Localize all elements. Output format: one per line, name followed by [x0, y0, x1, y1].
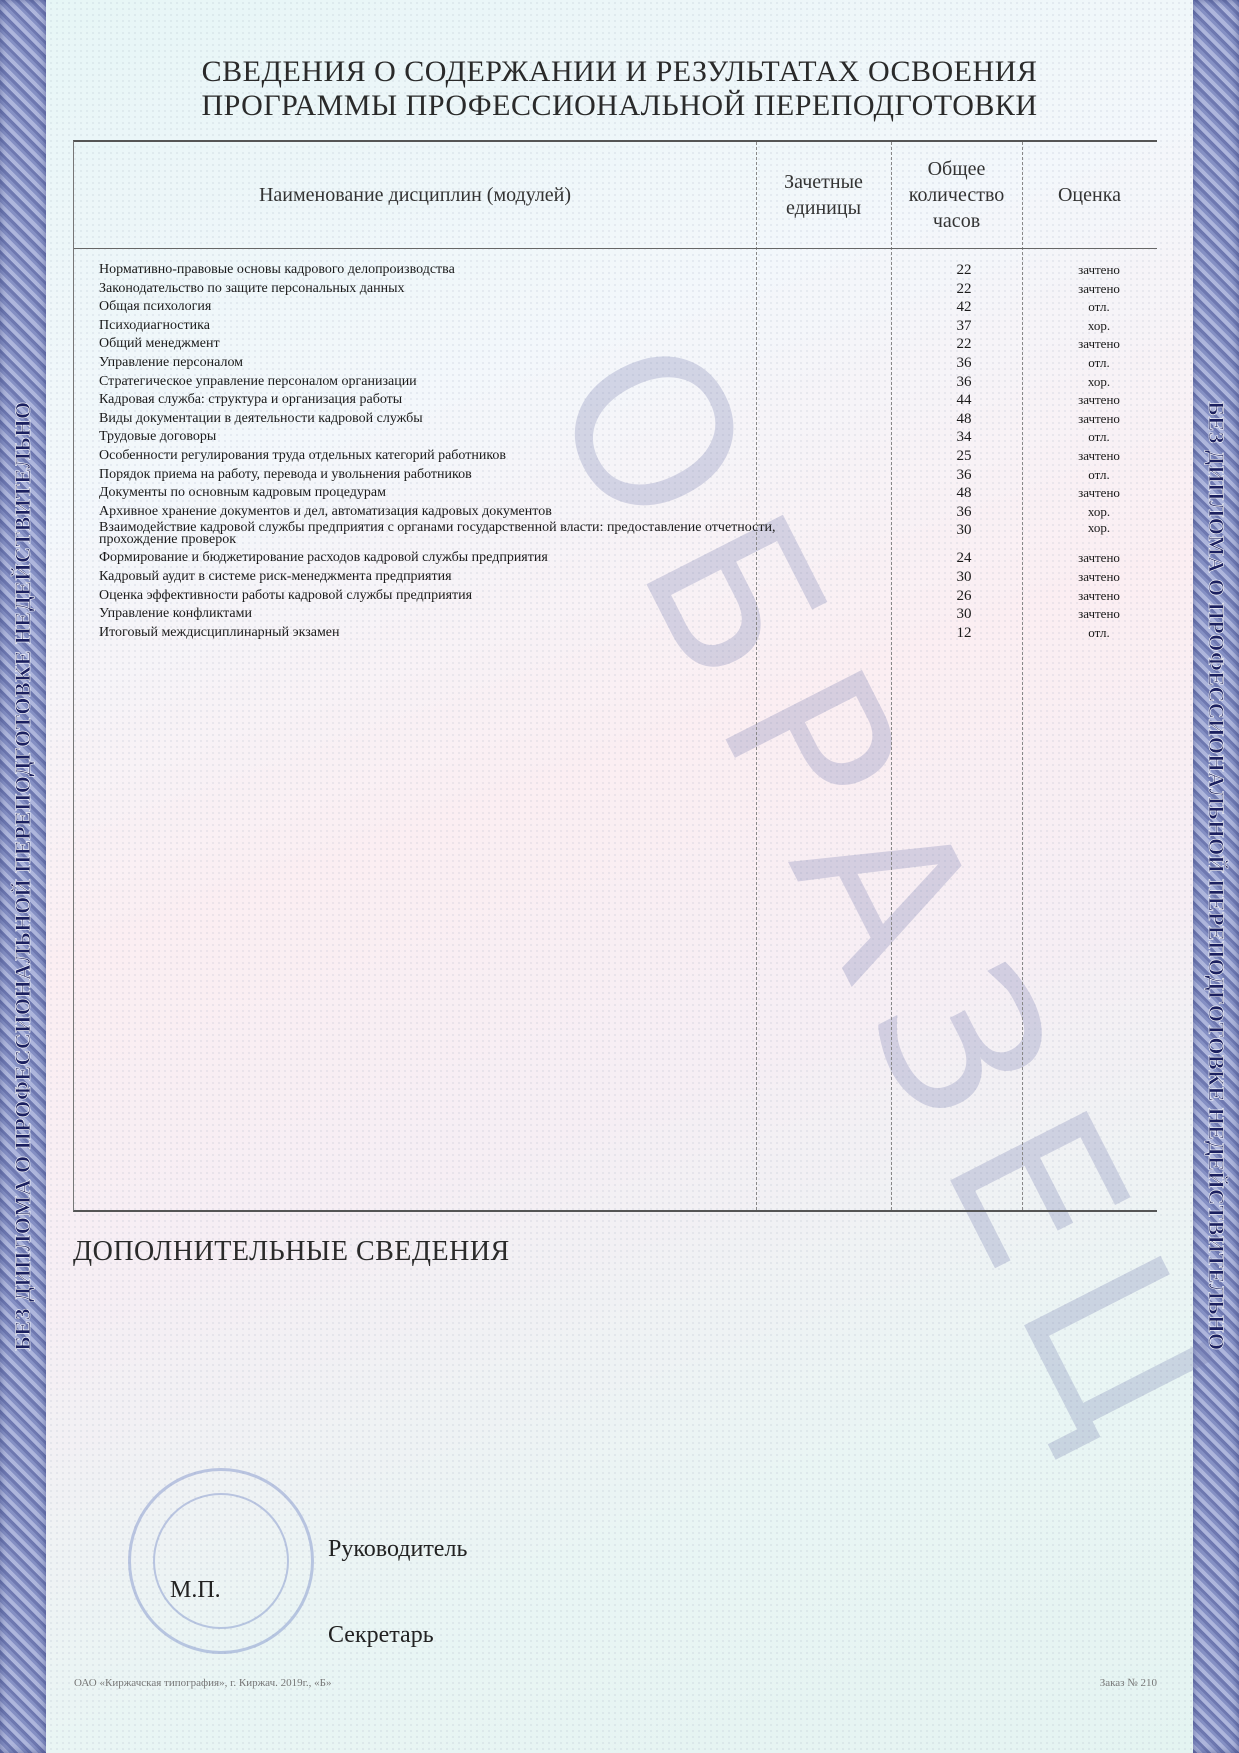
discipline-grade: хор. [1049, 374, 1149, 390]
discipline-hours: 26 [934, 588, 994, 604]
discipline-grade: зачтено [1049, 392, 1149, 408]
discipline-hours: 36 [934, 467, 994, 483]
discipline-hours: 30 [934, 522, 994, 538]
header-hours: Общее количество часов [891, 142, 1022, 248]
discipline-hours: 36 [934, 355, 994, 371]
discipline-hours: 12 [934, 625, 994, 641]
discipline-hours: 36 [934, 374, 994, 390]
discipline-name: Документы по основным кадровым процедура… [99, 485, 779, 504]
discipline-grade: хор. [1049, 520, 1149, 536]
table-row: Стратегическое управление персоналом орг… [99, 374, 1157, 393]
table-row: Виды документации в деятельности кадрово… [99, 411, 1157, 430]
table-row: Трудовые договоры34отл. [99, 429, 1157, 448]
table-row: Особенности регулирования труда отдельны… [99, 448, 1157, 467]
discipline-hours: 36 [934, 504, 994, 520]
left-security-border: БЕЗ ДИПЛОМА О ПРОФЕССИОНАЛЬНОЙ ПЕРЕПОДГО… [0, 0, 46, 1753]
header-divider [74, 248, 1157, 249]
table-row: Взаимодействие кадровой службы предприят… [99, 522, 1157, 550]
discipline-name: Общий менеджмент [99, 336, 779, 355]
discipline-name: Стратегическое управление персоналом орг… [99, 374, 779, 393]
discipline-name: Особенности регулирования труда отдельны… [99, 448, 779, 467]
head-signature-label: Руководитель [328, 1536, 467, 1563]
discipline-grade: хор. [1049, 504, 1149, 520]
discipline-grade: зачтено [1049, 262, 1149, 278]
discipline-name: Законодательство по защите персональных … [99, 281, 779, 300]
table-row: Порядок приема на работу, перевода и уво… [99, 467, 1157, 486]
table-row: Документы по основным кадровым процедура… [99, 485, 1157, 504]
printer-info: ОАО «Киржачская типография», г. Киржач. … [74, 1677, 332, 1689]
discipline-hours: 48 [934, 485, 994, 501]
discipline-grade: отл. [1049, 625, 1149, 641]
discipline-hours: 42 [934, 299, 994, 315]
discipline-name: Трудовые договоры [99, 429, 779, 448]
discipline-name: Управление конфликтами [99, 606, 779, 625]
discipline-hours: 22 [934, 281, 994, 297]
right-border-text: БЕЗ ДИПЛОМА О ПРОФЕССИОНАЛЬНОЙ ПЕРЕПОДГО… [1203, 401, 1229, 1350]
table-row: Законодательство по защите персональных … [99, 281, 1157, 300]
discipline-name: Общая психология [99, 299, 779, 318]
discipline-name: Виды документации в деятельности кадрово… [99, 411, 779, 430]
discipline-name: Взаимодействие кадровой службы предприят… [99, 522, 779, 550]
discipline-hours: 34 [934, 429, 994, 445]
table-row: Общая психология42отл. [99, 299, 1157, 318]
discipline-hours: 48 [934, 411, 994, 427]
discipline-name: Кадровый аудит в системе риск-менеджмент… [99, 569, 779, 588]
table-row: Кадровая служба: структура и организация… [99, 392, 1157, 411]
discipline-grade: хор. [1049, 318, 1149, 334]
header-credits: Зачетные единицы [756, 142, 891, 248]
discipline-name: Итоговый междисциплинарный экзамен [99, 625, 779, 644]
seal-label: М.П. [170, 1577, 221, 1604]
discipline-grade: зачтено [1049, 606, 1149, 622]
discipline-hours: 24 [934, 550, 994, 566]
discipline-name: Психодиагностика [99, 318, 779, 337]
discipline-hours: 44 [934, 392, 994, 408]
discipline-grade: зачтено [1049, 281, 1149, 297]
discipline-grade: зачтено [1049, 336, 1149, 352]
discipline-name: Порядок приема на работу, перевода и уво… [99, 467, 779, 486]
discipline-grade: отл. [1049, 467, 1149, 483]
order-number: Заказ № 210 [1100, 1677, 1157, 1689]
discipline-grade: зачтено [1049, 485, 1149, 501]
disciplines-table: Наименование дисциплин (модулей) Зачетны… [73, 140, 1157, 1212]
discipline-grade: отл. [1049, 429, 1149, 445]
discipline-name: Оценка эффективности работы кадровой слу… [99, 588, 779, 607]
additional-info-heading: ДОПОЛНИТЕЛЬНЫЕ СВЕДЕНИЯ [73, 1236, 510, 1268]
discipline-grade: зачтено [1049, 588, 1149, 604]
discipline-grade: отл. [1049, 355, 1149, 371]
discipline-grade: зачтено [1049, 448, 1149, 464]
discipline-grade: зачтено [1049, 569, 1149, 585]
title-line-2: ПРОГРАММЫ ПРОФЕССИОНАЛЬНОЙ ПЕРЕПОДГОТОВК… [0, 89, 1239, 123]
right-security-border: БЕЗ ДИПЛОМА О ПРОФЕССИОНАЛЬНОЙ ПЕРЕПОДГО… [1193, 0, 1239, 1753]
table-row: Оценка эффективности работы кадровой слу… [99, 588, 1157, 607]
discipline-name: Кадровая служба: структура и организация… [99, 392, 779, 411]
discipline-hours: 30 [934, 569, 994, 585]
seal-stamp [128, 1468, 314, 1654]
table-row: Психодиагностика37хор. [99, 318, 1157, 337]
discipline-grade: зачтено [1049, 411, 1149, 427]
table-row: Управление персоналом36отл. [99, 355, 1157, 374]
discipline-name: Управление персоналом [99, 355, 779, 374]
title-line-1: СВЕДЕНИЯ О СОДЕРЖАНИИ И РЕЗУЛЬТАТАХ ОСВО… [0, 55, 1239, 89]
discipline-name: Нормативно-правовые основы кадрового дел… [99, 262, 779, 281]
discipline-grade: отл. [1049, 299, 1149, 315]
header-name: Наименование дисциплин (модулей) [74, 142, 756, 248]
header-grade: Оценка [1022, 142, 1157, 248]
secretary-signature-label: Секретарь [328, 1622, 434, 1649]
discipline-hours: 22 [934, 336, 994, 352]
table-row: Кадровый аудит в системе риск-менеджмент… [99, 569, 1157, 588]
discipline-hours: 37 [934, 318, 994, 334]
discipline-hours: 22 [934, 262, 994, 278]
table-row: Итоговый междисциплинарный экзамен12отл. [99, 625, 1157, 644]
discipline-hours: 25 [934, 448, 994, 464]
left-border-text: БЕЗ ДИПЛОМА О ПРОФЕССИОНАЛЬНОЙ ПЕРЕПОДГО… [10, 401, 36, 1350]
page-title: СВЕДЕНИЯ О СОДЕРЖАНИИ И РЕЗУЛЬТАТАХ ОСВО… [0, 55, 1239, 123]
discipline-name: Формирование и бюджетирование расходов к… [99, 550, 779, 569]
table-body: Нормативно-правовые основы кадрового дел… [99, 262, 1157, 643]
discipline-hours: 30 [934, 606, 994, 622]
table-row: Общий менеджмент22зачтено [99, 336, 1157, 355]
table-row: Формирование и бюджетирование расходов к… [99, 550, 1157, 569]
discipline-grade: зачтено [1049, 550, 1149, 566]
table-row: Управление конфликтами30зачтено [99, 606, 1157, 625]
table-row: Нормативно-правовые основы кадрового дел… [99, 262, 1157, 281]
